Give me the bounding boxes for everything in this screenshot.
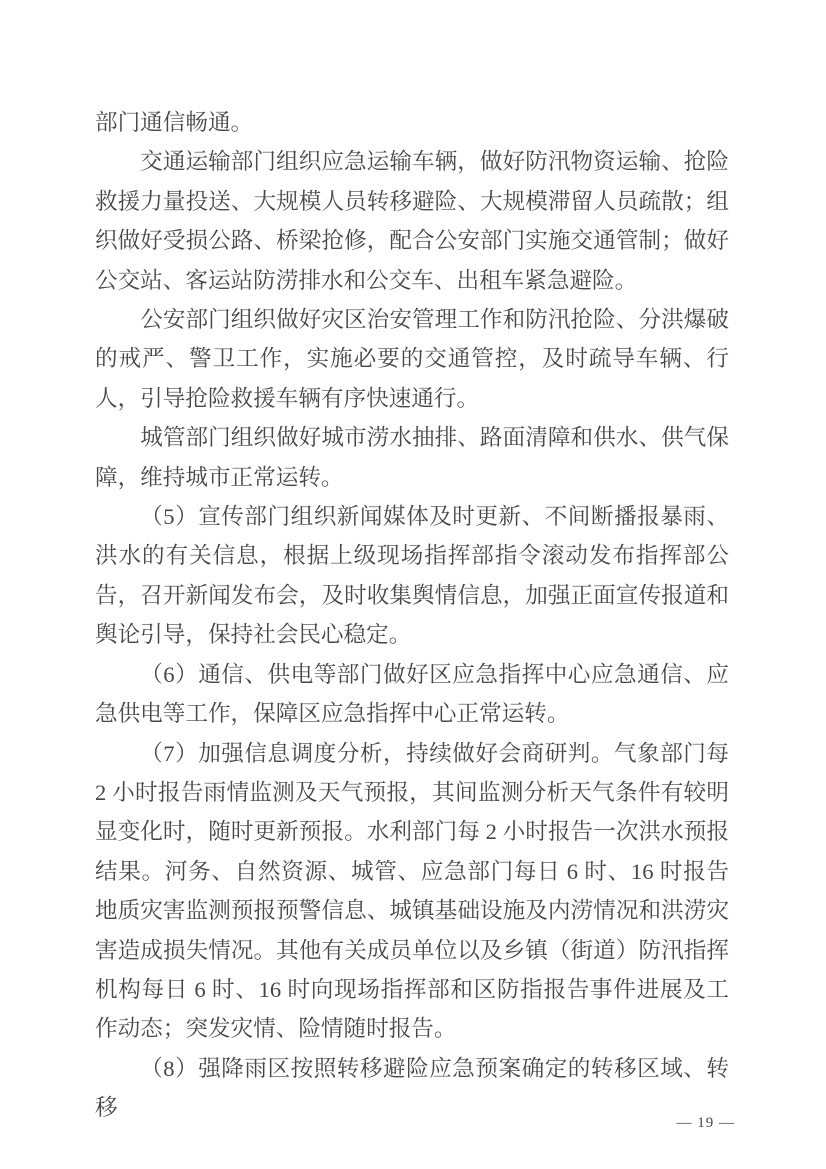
paragraph: 部门通信畅通。 [95, 103, 729, 142]
document-body: 部门通信畅通。 交通运输部门组织应急运输车辆，做好防汛物资运输、抢险救援力量投送… [95, 103, 729, 1128]
paragraph: （5）宣传部门组织新闻媒体及时更新、不间断播报暴雨、洪水的有关信息，根据上级现场… [95, 497, 729, 655]
page-number: — 19 — [677, 1115, 736, 1131]
document-page: 部门通信畅通。 交通运输部门组织应急运输车辆，做好防汛物资运输、抢险救援力量投送… [0, 0, 826, 1169]
paragraph: （7）加强信息调度分析，持续做好会商研判。气象部门每 2 小时报告雨情监测及天气… [95, 734, 729, 1049]
paragraph: 公安部门组织做好灾区治安管理工作和防汛抢险、分洪爆破的戒严、警卫工作，实施必要的… [95, 300, 729, 418]
paragraph: （8）强降雨区按照转移避险应急预案确定的转移区域、转移 [95, 1049, 729, 1128]
paragraph: （6）通信、供电等部门做好区应急指挥中心应急通信、应急供电等工作，保障区应急指挥… [95, 655, 729, 734]
paragraph: 交通运输部门组织应急运输车辆，做好防汛物资运输、抢险救援力量投送、大规模人员转移… [95, 142, 729, 300]
paragraph: 城管部门组织做好城市涝水抽排、路面清障和供水、供气保障，维持城市正常运转。 [95, 418, 729, 497]
page-footer: — 19 — [658, 1098, 736, 1149]
